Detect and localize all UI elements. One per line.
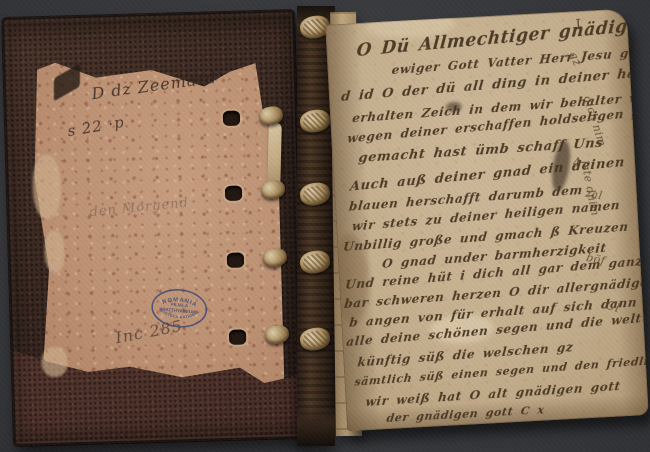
spine-rope-knot-4 (298, 249, 331, 276)
pastedown-parchment (27, 51, 284, 394)
margin-note-4: 4 (573, 155, 582, 169)
leather-damage-patch (32, 155, 62, 220)
sewing-hole-3 (227, 253, 244, 268)
spine-rope-knot-2 (298, 108, 331, 135)
sewing-hole-2 (225, 186, 242, 201)
manuscript-page: I O Dü Allmechtiger gnädigerewiger Gott … (325, 8, 649, 431)
spine-bottom-shadow (297, 406, 335, 446)
sewing-hole-4 (229, 329, 246, 344)
spine-rope-knot-5 (298, 326, 331, 353)
leather-damage-patch (41, 346, 68, 377)
photo-open-manuscript-book: D dz Zeemard s 22 ·p den Morgend ROMANIA… (0, 0, 650, 452)
sewing-hole-1 (223, 111, 240, 126)
inside-front-cover: D dz Zeemard s 22 ·p den Morgend ROMANIA… (2, 10, 306, 446)
parchment-thong-strip (267, 122, 282, 188)
leather-damage-patch (44, 231, 65, 274)
margin-note-5: zal (584, 187, 603, 203)
spine-rope-knot-3 (298, 181, 331, 208)
